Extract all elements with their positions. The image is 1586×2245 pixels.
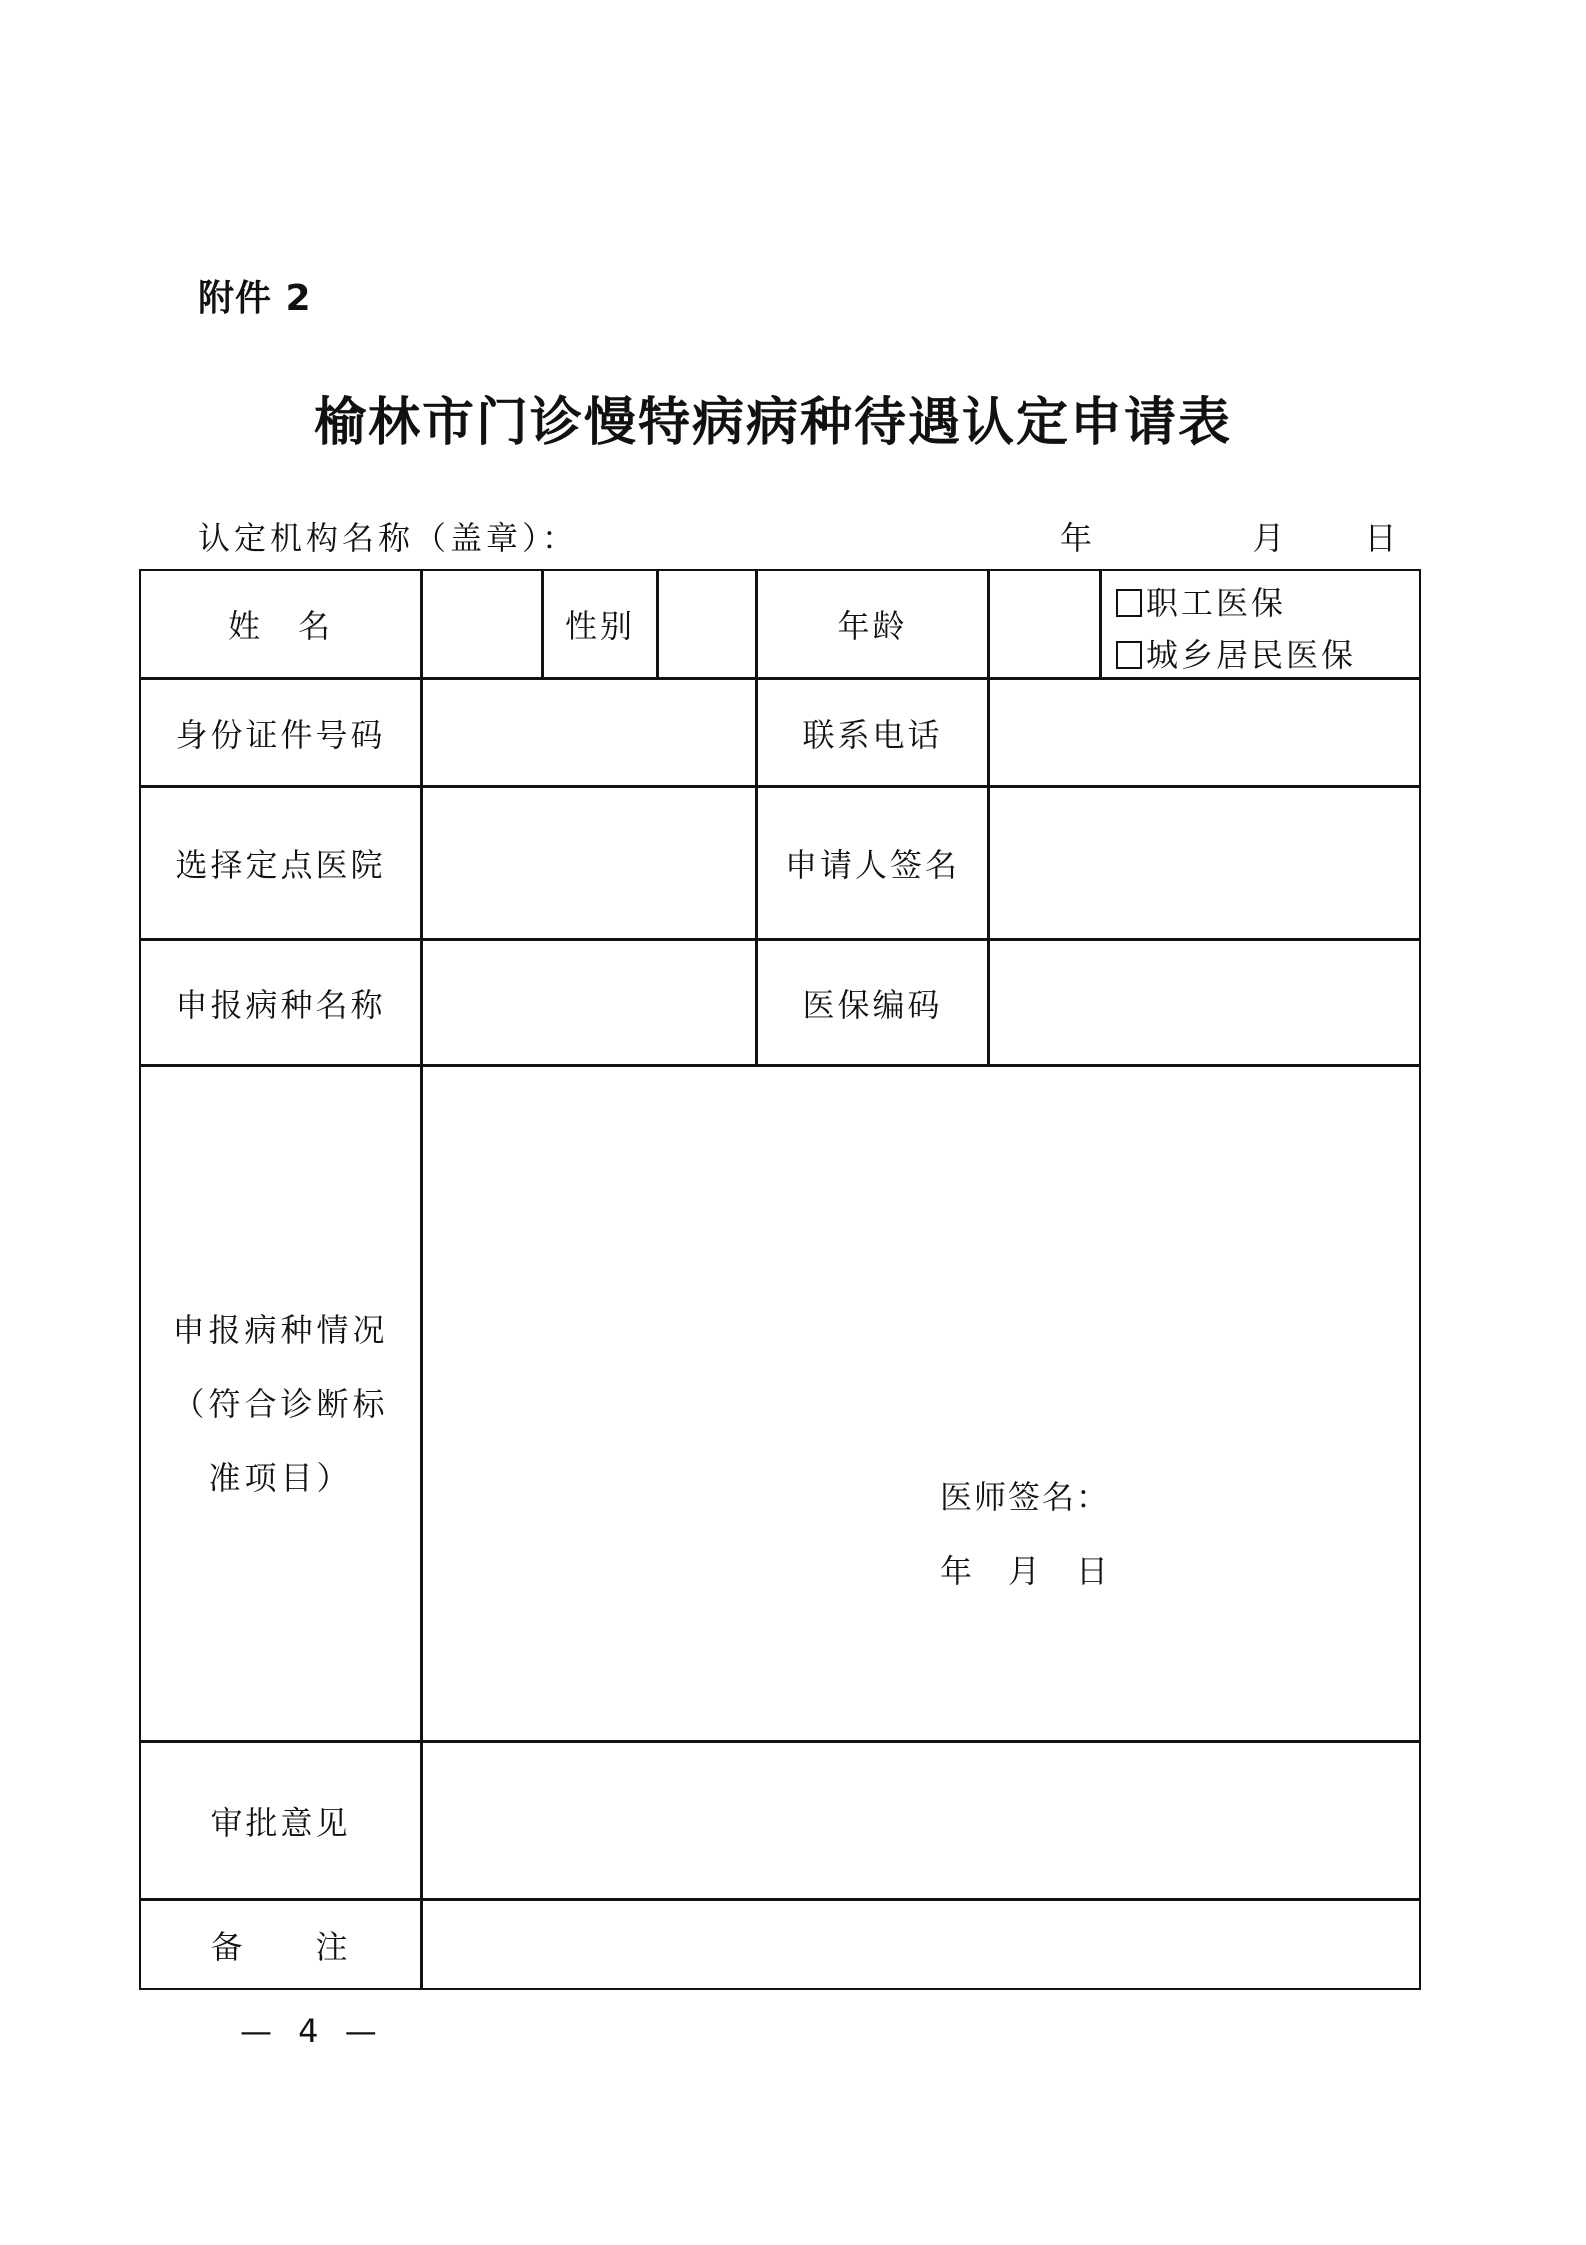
approval-opinion-label: 审批意见 [139,1741,422,1900]
doctor-signature-block: 医师签名： 年 月 日 [940,1460,1110,1608]
situation-line-3: 准项目） [208,1441,352,1515]
applicant-signature-label: 申请人签名 [756,786,989,940]
phone-field[interactable] [988,678,1421,787]
remarks-field[interactable] [421,1899,1421,1990]
disease-name-field[interactable] [421,939,757,1066]
org-label: 认定机构名称（盖章）： [198,513,578,559]
checkbox-icon[interactable] [1116,641,1142,669]
gender-field[interactable] [657,569,757,679]
checkbox-employee-insurance[interactable]: 职工医保 [1116,577,1286,629]
date-month: 月 [1252,513,1284,559]
checkbox-resident-insurance[interactable]: 城乡居民医保 [1116,629,1356,681]
attachment-label: 附件 2 [198,270,312,321]
checkbox-label: 城乡居民医保 [1146,629,1356,681]
remarks-label: 备 注 [139,1899,422,1990]
id-number-label: 身份证件号码 [139,678,422,787]
application-form-table: 姓 名 性别 年龄 职工医保 城乡居民医保 身份证件号码 联系电话 选择定点医院… [140,570,1421,1990]
checkbox-label: 职工医保 [1146,577,1286,629]
name-label: 姓 名 [139,569,422,679]
header-date: 年 月 日 [1060,513,1397,559]
insurance-code-field[interactable] [988,939,1421,1066]
date-day: 日 [1365,513,1397,559]
date-year: 年 [1060,513,1092,559]
hospital-field[interactable] [421,786,757,940]
name-field[interactable] [421,569,543,679]
disease-name-label: 申报病种名称 [139,939,422,1066]
age-field[interactable] [988,569,1101,679]
page-number: — 4 — [240,2012,385,2050]
disease-situation-field[interactable] [421,1065,1421,1742]
situation-line-2: （符合诊断标 [172,1367,388,1441]
insurance-code-label: 医保编码 [756,939,989,1066]
checkbox-icon[interactable] [1116,589,1142,617]
form-title-text: 榆林市门诊慢特病病种待遇认定申请表 [314,380,1232,455]
hospital-label: 选择定点医院 [139,786,422,940]
insurance-type-group: 职工医保 城乡居民医保 [1100,569,1421,679]
phone-label: 联系电话 [756,678,989,787]
approval-opinion-field[interactable] [421,1741,1421,1900]
applicant-signature-field[interactable] [988,786,1421,940]
doctor-signature-date: 年 月 日 [940,1534,1110,1608]
doctor-signature-label: 医师签名： [940,1460,1110,1534]
form-title: 榆林市门诊慢特病病种待遇认定申请表 [0,380,1586,455]
situation-line-1: 申报病种情况 [172,1293,388,1367]
id-number-field[interactable] [421,678,757,787]
disease-situation-label: 申报病种情况 （符合诊断标 准项目） [139,1065,422,1742]
age-label: 年龄 [756,569,989,679]
gender-label: 性别 [542,569,658,679]
